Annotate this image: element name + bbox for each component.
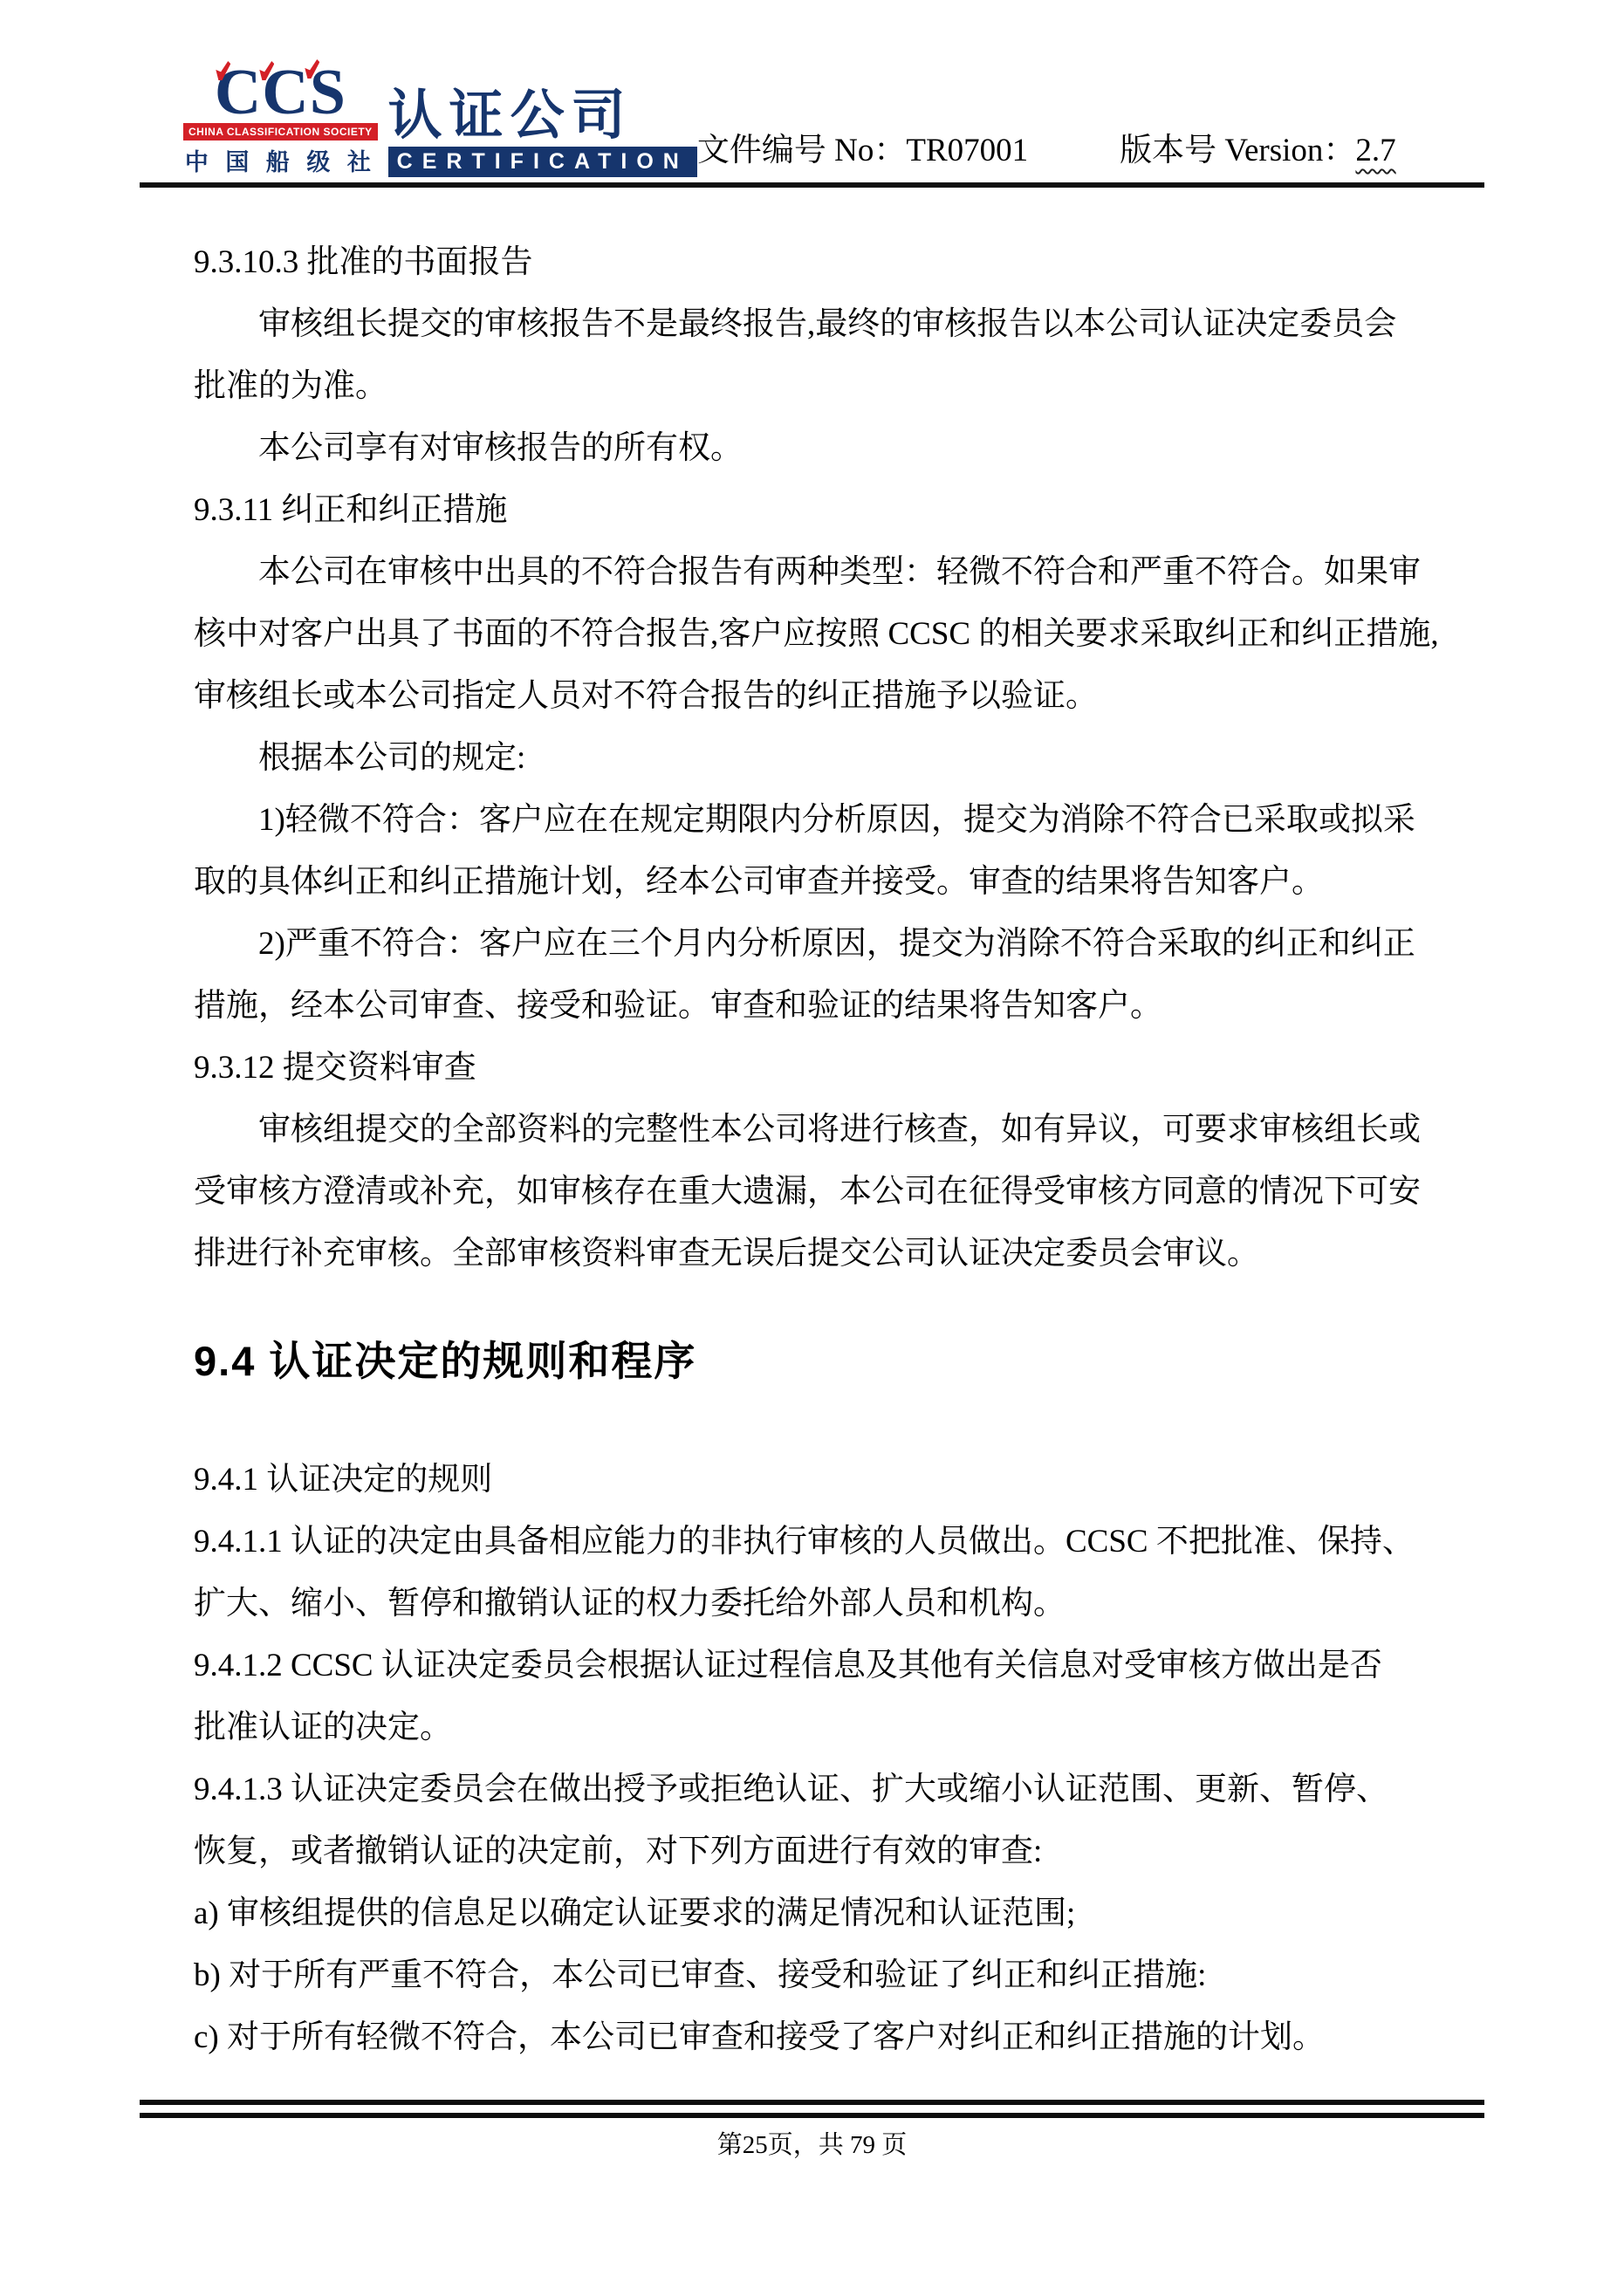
page-header: CCS CHINA CLASSIFICATION SOCIETY 中 国 船 级… — [140, 0, 1484, 188]
text-line: 9.3.10.3 批准的书面报告 — [194, 231, 1511, 293]
logo-certification-banner: CERTIFICATION — [388, 147, 697, 177]
text-line: 受审核方澄清或补充，如审核存在重大遗漏，本公司在征得受审核方同意的情况下可安 — [194, 1161, 1511, 1223]
text-line: 审核组长提交的审核报告不是最终报告,最终的审核报告以本公司认证决定委员会 — [194, 293, 1511, 355]
header-doc-info: 文件编号 No：TR07001 版本号 Version：2.7 — [697, 123, 1396, 170]
doc-number-label: 文件编号 No： — [697, 133, 906, 168]
text-line: 9.4.1.1 认证的决定由具备相应能力的非执行审核的人员做出。CCSC 不把批… — [194, 1511, 1511, 1573]
logo-society-name: 中 国 船 级 社 — [185, 143, 376, 177]
text-line: 9.4.1.2 CCSC 认证决定委员会根据认证过程信息及其他有关信息对受审核方… — [194, 1635, 1511, 1697]
text-line: 9.4.1.3 认证决定委员会在做出授予或拒绝认证、扩大或缩小认证范围、更新、暂… — [194, 1758, 1511, 1820]
document-body: 9.3.10.3 批准的书面报告审核组长提交的审核报告不是最终报告,最终的审核报… — [113, 188, 1511, 2068]
text-line: 核中对客户出具了书面的不符合报告,客户应按照 CCSC 的相关要求采取纠正和纠正… — [194, 603, 1511, 665]
text-line: 恢复，或者撤销认证的决定前，对下列方面进行有效的审查: — [194, 1820, 1511, 1882]
doc-number: 文件编号 No：TR07001 — [697, 123, 1028, 170]
doc-number-value: TR07001 — [906, 133, 1028, 168]
text-line: 批准认证的决定。 — [194, 1697, 1511, 1758]
text-line: 9.3.11 纠正和纠正措施 — [194, 479, 1511, 541]
ccs-logo-left: CCS CHINA CLASSIFICATION SOCIETY 中 国 船 级… — [183, 66, 378, 177]
ccs-logo: CCS CHINA CLASSIFICATION SOCIETY 中 国 船 级… — [183, 66, 697, 177]
text-line: b) 对于所有严重不符合，本公司已审查、接受和验证了纠正和纠正措施: — [194, 1944, 1511, 2006]
text-line: 9.4.1 认证决定的规则 — [194, 1449, 1511, 1511]
text-line: 审核组长或本公司指定人员对不符合报告的纠正措施予以验证。 — [194, 665, 1511, 727]
version-number: 版本号 Version：2.7 — [1120, 123, 1396, 170]
page-footer: 第25页，共 79 页 — [140, 2100, 1484, 2161]
ccs-logo-text: CCS — [215, 66, 346, 119]
text-line: 措施，经本公司审查、接受和验证。审查和验证的结果将告知客户。 — [194, 975, 1511, 1037]
text-line: 批准的为准。 — [194, 355, 1511, 417]
footer-divider — [140, 2100, 1484, 2118]
text-line: 审核组提交的全部资料的完整性本公司将进行核查，如有异议，可要求审核组长或 — [194, 1099, 1511, 1161]
text-line: 本公司在审核中出具的不符合报告有两种类型：轻微不符合和严重不符合。如果审 — [194, 541, 1511, 603]
text-line: 2)严重不符合：客户应在三个月内分析原因，提交为消除不符合采取的纠正和纠正 — [194, 913, 1511, 975]
page-number: 第25页，共 79 页 — [140, 2125, 1484, 2161]
ccs-logo-right: 认证公司 CERTIFICATION — [388, 87, 697, 177]
text-line: 排进行补充审核。全部审核资料审查无误后提交公司认证决定委员会审议。 — [194, 1223, 1511, 1285]
version-value: 2.7 — [1355, 133, 1395, 168]
section-heading: 9.4 认证决定的规则和程序 — [194, 1335, 1511, 1388]
text-line: 取的具体纠正和纠正措施计划，经本公司审查并接受。审查的结果将告知客户。 — [194, 851, 1511, 913]
document-page: CCS CHINA CLASSIFICATION SOCIETY 中 国 船 级… — [0, 0, 1624, 2276]
text-line: 根据本公司的规定: — [194, 727, 1511, 789]
logo-company-name: 认证公司 — [388, 87, 697, 145]
text-line: 1)轻微不符合：客户应在在规定期限内分析原因，提交为消除不符合已采取或拟采 — [194, 789, 1511, 851]
text-line: 扩大、缩小、暂停和撤销认证的权力委托给外部人员和机构。 — [194, 1573, 1511, 1635]
text-line: c) 对于所有轻微不符合，本公司已审查和接受了客户对纠正和纠正措施的计划。 — [194, 2006, 1511, 2068]
text-line: 本公司享有对审核报告的所有权。 — [194, 417, 1511, 479]
version-label: 版本号 Version： — [1120, 133, 1355, 168]
text-line: 9.3.12 提交资料审查 — [194, 1037, 1511, 1099]
text-line: a) 审核组提供的信息足以确定认证要求的满足情况和认证范围; — [194, 1882, 1511, 1944]
